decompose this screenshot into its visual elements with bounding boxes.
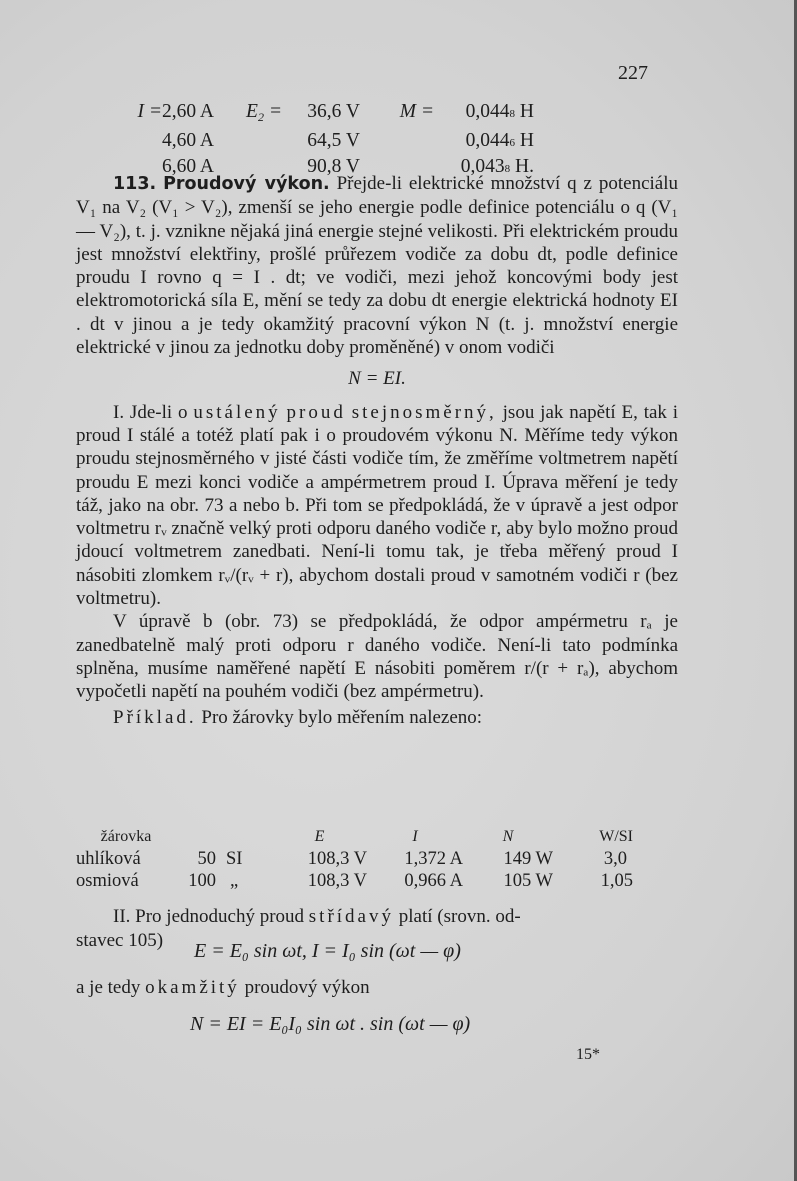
section-number: 113. bbox=[113, 174, 156, 194]
equation-alternating: E = E₀ sin ωt, I = I₀ sin (ωt — φ) bbox=[194, 940, 461, 963]
table-row: uhlíková 50 SI 108,3 V 1,372 A 149 W 3,0 bbox=[76, 848, 633, 870]
page-number: 227 bbox=[618, 62, 648, 85]
part1-paragraph-2: V úpravě b (obr. 73) se předpokládá, že … bbox=[76, 610, 678, 703]
part1-paragraph: I. Jde-li o ustálený proud stejnosměrný,… bbox=[76, 401, 678, 611]
section-body: Přejde-li elektrické množství q z potenc… bbox=[76, 173, 678, 358]
section-title: Proudový výkon. bbox=[163, 174, 330, 194]
signature-mark: 15* bbox=[576, 1046, 600, 1064]
section-113: 113. Proudový výkon. Přejde-li elektrick… bbox=[76, 172, 678, 729]
book-page: 227 I = 2,60 A E2 = 36,6 V M = 0,0448 H … bbox=[0, 0, 797, 1181]
measurement-row: 4,60 A 64,5 V 0,0446 H bbox=[96, 129, 534, 155]
example-line: Příklad. Pro žárovky bylo měřením naleze… bbox=[76, 706, 678, 729]
section-paragraph: 113. Proudový výkon. Přejde-li elektrick… bbox=[76, 172, 678, 359]
example-label: Příklad. bbox=[113, 707, 197, 728]
bulb-table: žárovka E I N W/SI uhlíková 50 SI 108,3 … bbox=[76, 826, 633, 892]
part2-line: a je tedy okamžitý proudový výkon bbox=[76, 977, 370, 999]
measurement-table: I = 2,60 A E2 = 36,6 V M = 0,0448 H 4,60… bbox=[96, 100, 534, 181]
equation-instant-power: N = EI = E₀I₀ sin ωt . sin (ωt — φ) bbox=[190, 1013, 470, 1036]
equation-power: N = EI. bbox=[76, 367, 678, 390]
table-header-row: žárovka E I N W/SI bbox=[76, 826, 633, 848]
measurement-row: I = 2,60 A E2 = 36,6 V M = 0,0448 H bbox=[96, 100, 534, 129]
table-row: osmiová 100 „ 108,3 V 0,966 A 105 W 1,05 bbox=[76, 870, 633, 892]
